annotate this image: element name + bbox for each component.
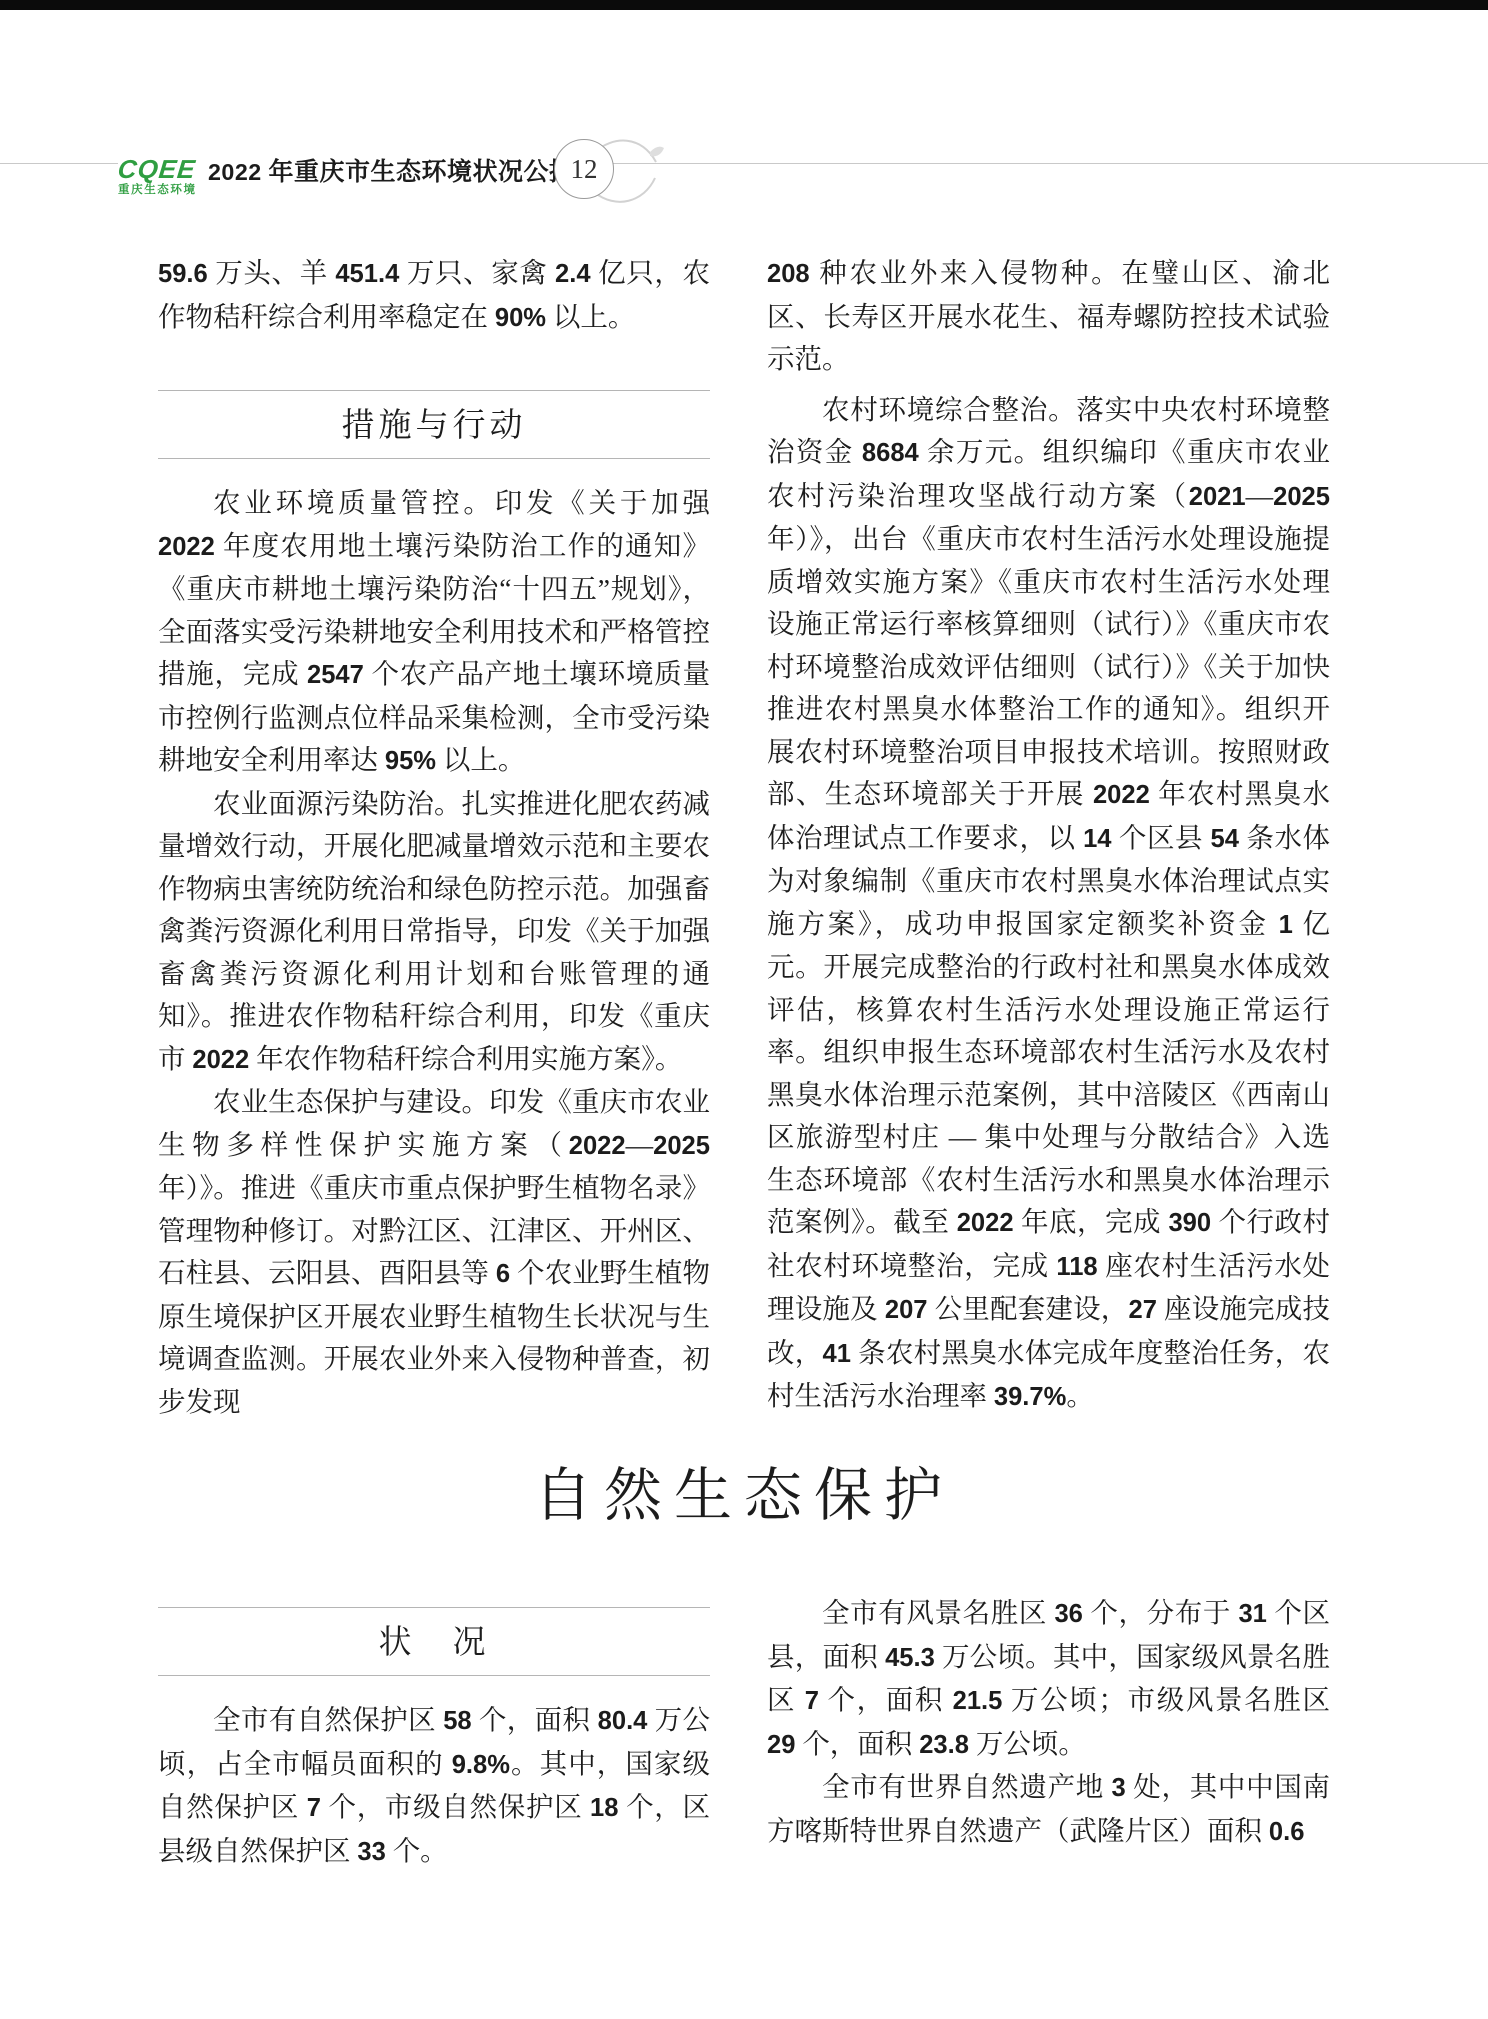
logo-acronym: CQEE (117, 156, 198, 182)
logo-subtitle: 重庆生态环境 (118, 185, 197, 197)
body-paragraph: 农业面源污染防治。扎实推进化肥农药减量增效行动，开展化肥减量增效示范和主要农作物… (158, 783, 710, 1082)
body-paragraph: 全市有风景名胜区 36 个，分布于 31 个区县，面积 45.3 万公顷。其中，… (767, 1592, 1330, 1766)
bulletin-page: CQEE 重庆生态环境 2022 年重庆市生态环境状况公报 12 59.6 万头… (0, 0, 1488, 2019)
page-number-badge: 12 (554, 139, 614, 199)
right-intro-paragraph: 208 种农业外来入侵物种。在璧山区、渝北区、长寿区开展水花生、福寿螺防控技术试… (767, 252, 1330, 381)
brand-logo: CQEE 重庆生态环境 (118, 156, 205, 199)
section-header-measures: 措施与行动 (158, 390, 710, 459)
top-black-bar (0, 0, 1488, 10)
page-number: 12 (571, 154, 598, 184)
left-column: 59.6 万头、羊 451.4 万只、家禽 2.4 亿只，农作物秸秆综合利用率稳… (158, 252, 710, 1423)
chapter-title: 自然生态保护 (0, 1448, 1488, 1532)
body-paragraph: 农村环境综合整治。落实中央农村环境整治资金 8684 余万元。组织编印《重庆市农… (767, 389, 1330, 1419)
report-title: 2022 年重庆市生态环境状况公报 (203, 152, 580, 192)
body-paragraph: 农业生态保护与建设。印发《重庆市农业生物多样性保护实施方案（2022—2025年… (158, 1081, 710, 1423)
section-header-status: 状 况 (158, 1607, 710, 1676)
right-column: 208 种农业外来入侵物种。在璧山区、渝北区、长寿区开展水花生、福寿螺防控技术试… (767, 252, 1330, 1419)
status-left-column: 状 况 全市有自然保护区 58 个，面积 80.4 万公顷，占全市幅员面积的 9… (158, 1600, 710, 1873)
body-paragraph: 全市有世界自然遗产地 3 处，其中中国南方喀斯特世界自然遗产（武隆片区）面积 0… (767, 1766, 1330, 1853)
status-right-column: 全市有风景名胜区 36 个，分布于 31 个区县，面积 45.3 万公顷。其中，… (767, 1592, 1330, 1853)
body-paragraph: 农业环境质量管控。印发《关于加强 2022 年度农用地土壤污染防治工作的通知》《… (158, 482, 710, 783)
left-intro-paragraph: 59.6 万头、羊 451.4 万只、家禽 2.4 亿只，农作物秸秆综合利用率稳… (158, 252, 710, 339)
body-paragraph: 全市有自然保护区 58 个，面积 80.4 万公顷，占全市幅员面积的 9.8%。… (158, 1699, 710, 1873)
